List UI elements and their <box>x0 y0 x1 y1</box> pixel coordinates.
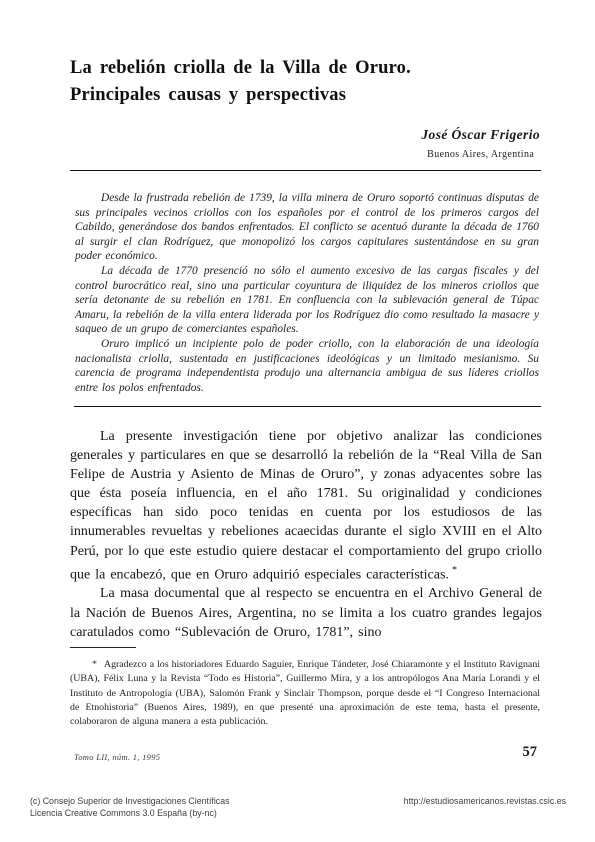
article-body: La presente investigación tiene por obje… <box>70 427 542 642</box>
abstract-paragraph-1: Desde la frustrada rebelión de 1739, la … <box>75 191 539 264</box>
author-block: José Óscar Frigerio Buenos Aires, Argent… <box>421 127 540 160</box>
footnote-marker-inline: * <box>449 565 457 576</box>
body-paragraph-1: La presente investigación tiene por obje… <box>70 427 542 584</box>
author-name: José Óscar Frigerio <box>421 127 540 143</box>
article-title-line1: La rebelión criolla de la Villa de Oruro… <box>70 55 542 82</box>
author-affiliation: Buenos Aires, Argentina <box>421 149 540 160</box>
copyright-block: (c) Consejo Superior de Investigaciones … <box>30 796 230 819</box>
footnote-text: Agradezco a los historiadores Eduardo Sa… <box>70 659 540 727</box>
abstract-divider <box>74 406 541 407</box>
header-divider <box>70 170 541 171</box>
copyright-line1: (c) Consejo Superior de Investigaciones … <box>30 796 230 808</box>
abstract: Desde la frustrada rebelión de 1739, la … <box>75 191 539 395</box>
article-title-line2: Principales causas y perspectivas <box>70 82 542 109</box>
scanned-article-page: La rebelión criolla de la Villa de Oruro… <box>0 0 595 842</box>
footnote: *Agradezco a los historiadores Eduardo S… <box>70 658 540 729</box>
source-url: http://estudiosamericanos.revistas.csic.… <box>404 796 566 806</box>
copyright-line2: Licencia Creative Commons 3.0 España (by… <box>30 808 230 820</box>
abstract-paragraph-3: Oruro implicó un incipiente polo de pode… <box>75 337 539 395</box>
journal-volume-info: Tomo LII, núm. 1, 1995 <box>74 752 160 762</box>
footnote-divider <box>70 647 136 648</box>
article-title: La rebelión criolla de la Villa de Oruro… <box>70 55 542 109</box>
abstract-paragraph-2: La década de 1770 presenció no sólo el a… <box>75 264 539 337</box>
body-paragraph-1-text: La presente investigación tiene por obje… <box>70 429 542 582</box>
page-number: 57 <box>523 744 538 761</box>
body-paragraph-2: La masa documental que al respecto se en… <box>70 584 542 641</box>
footnote-marker: * <box>92 659 104 670</box>
